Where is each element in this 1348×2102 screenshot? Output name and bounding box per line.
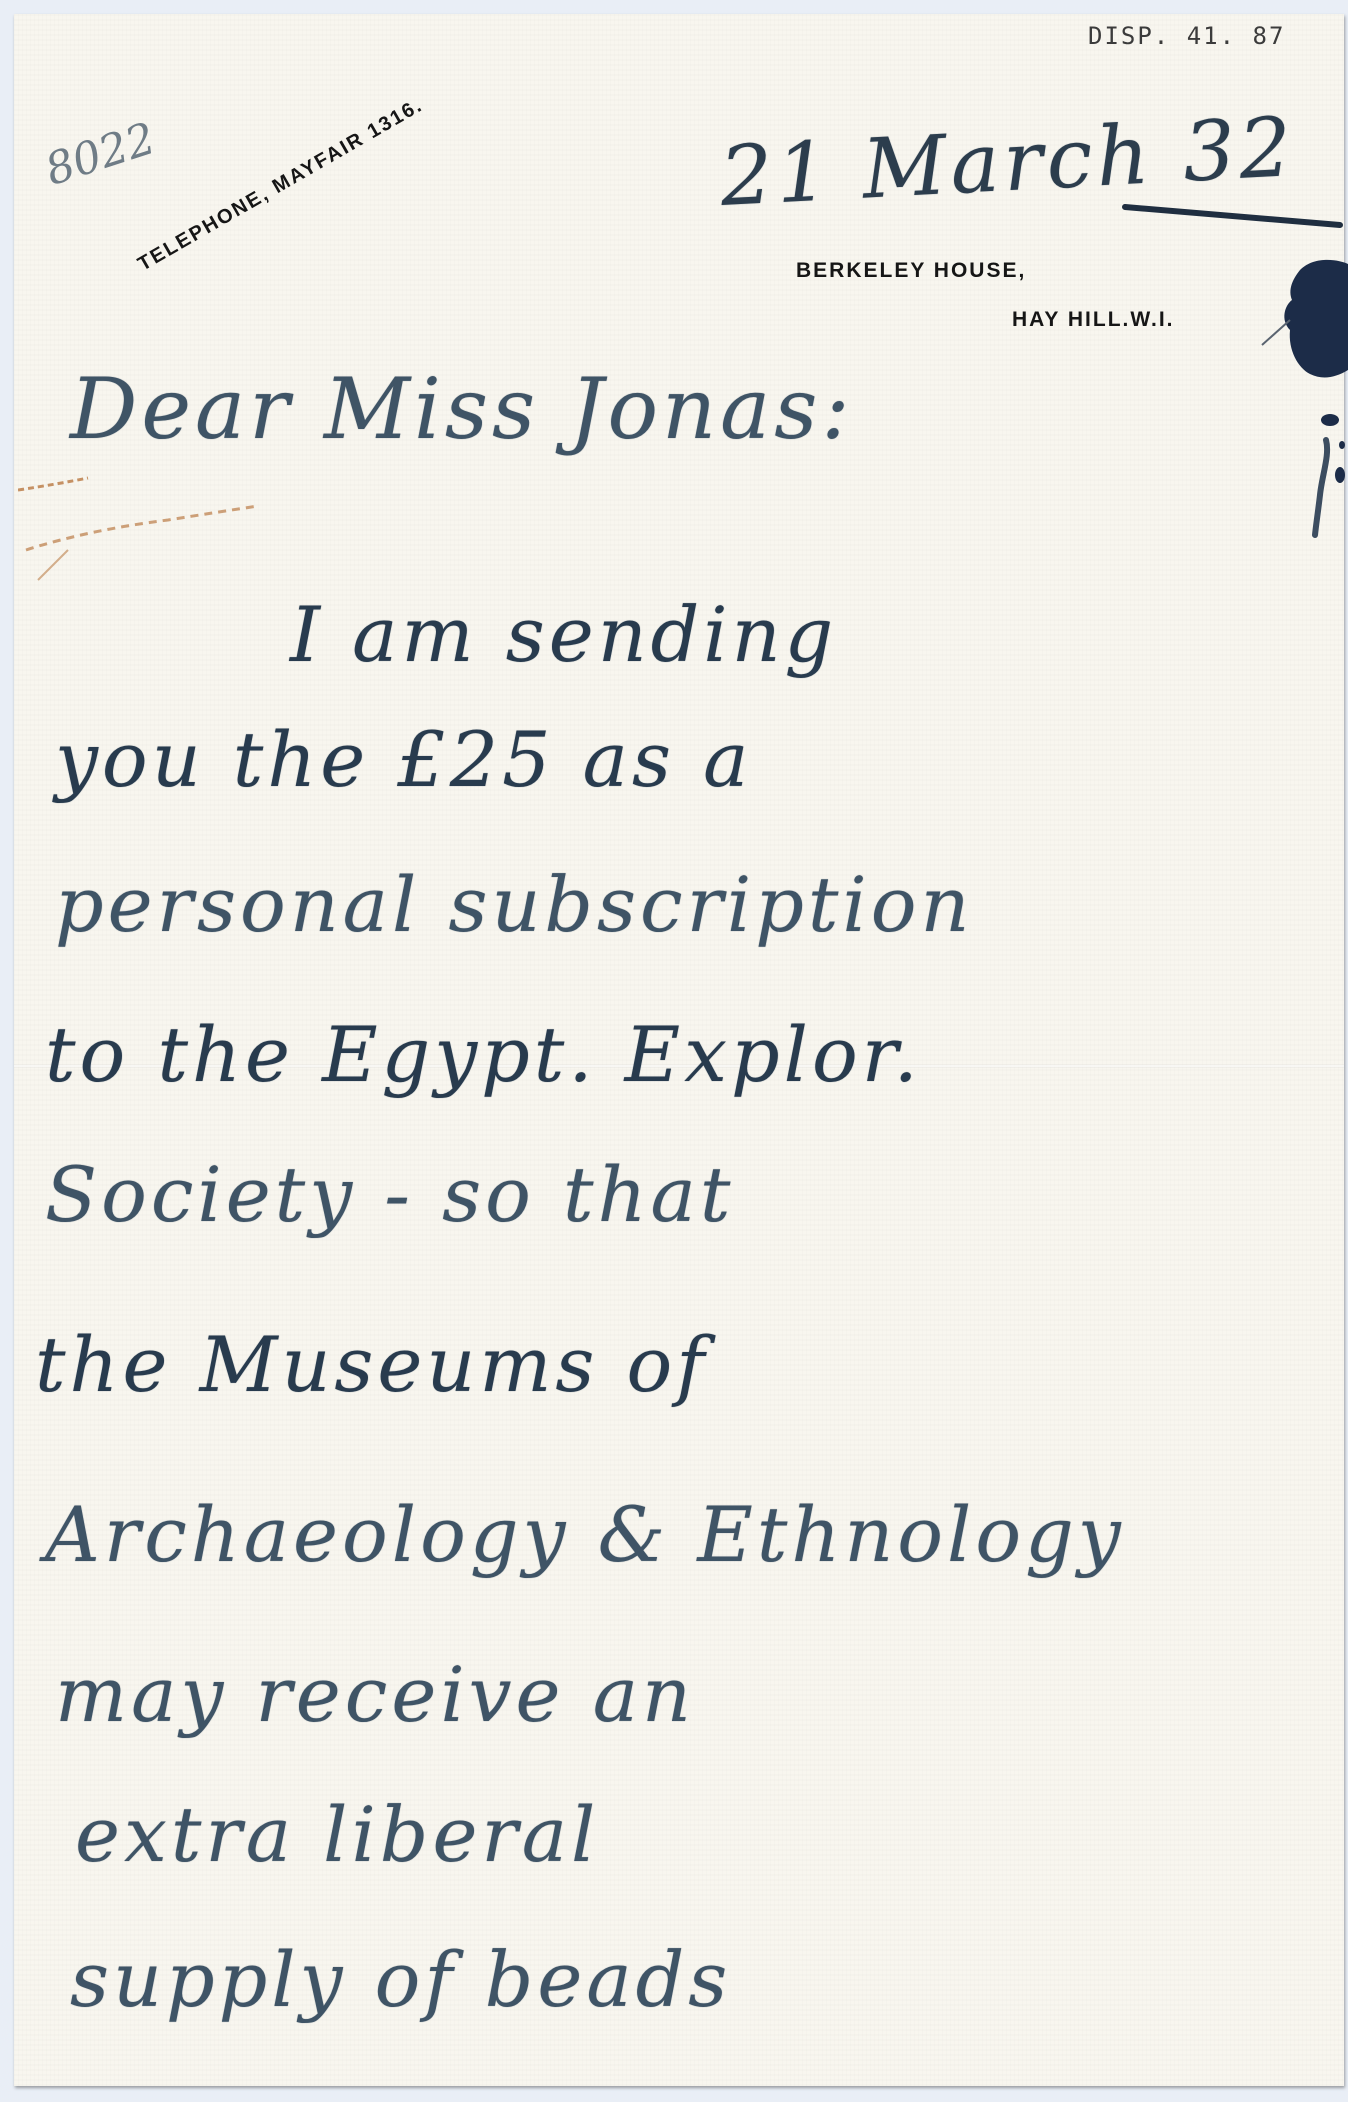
body-line: Society - so that xyxy=(45,1150,734,1239)
body-line: may receive an xyxy=(55,1650,695,1739)
body-line: extra liberal xyxy=(75,1790,599,1879)
body-line: the Museums of xyxy=(35,1320,708,1409)
body-line: supply of beads xyxy=(70,1935,731,2024)
pencil-annotation: DISP. 41. 87 xyxy=(1088,22,1285,50)
rust-stain xyxy=(18,470,278,590)
letterhead-address-line1: BERKELEY HOUSE, xyxy=(796,259,1026,283)
body-line: Archaeology & Ethnology xyxy=(45,1490,1125,1579)
body-line: I am sending xyxy=(290,590,837,679)
letterhead-address-line2: HAY HILL.W.I. xyxy=(1012,308,1175,332)
body-line: to the Egypt. Explor. xyxy=(45,1010,922,1099)
salutation: Dear Miss Jonas: xyxy=(70,360,854,458)
date-underline-stroke xyxy=(1120,195,1348,235)
ink-blot-icon xyxy=(1260,250,1348,540)
body-line: you the £25 as a xyxy=(55,715,752,804)
body-line: personal subscription xyxy=(55,860,973,949)
